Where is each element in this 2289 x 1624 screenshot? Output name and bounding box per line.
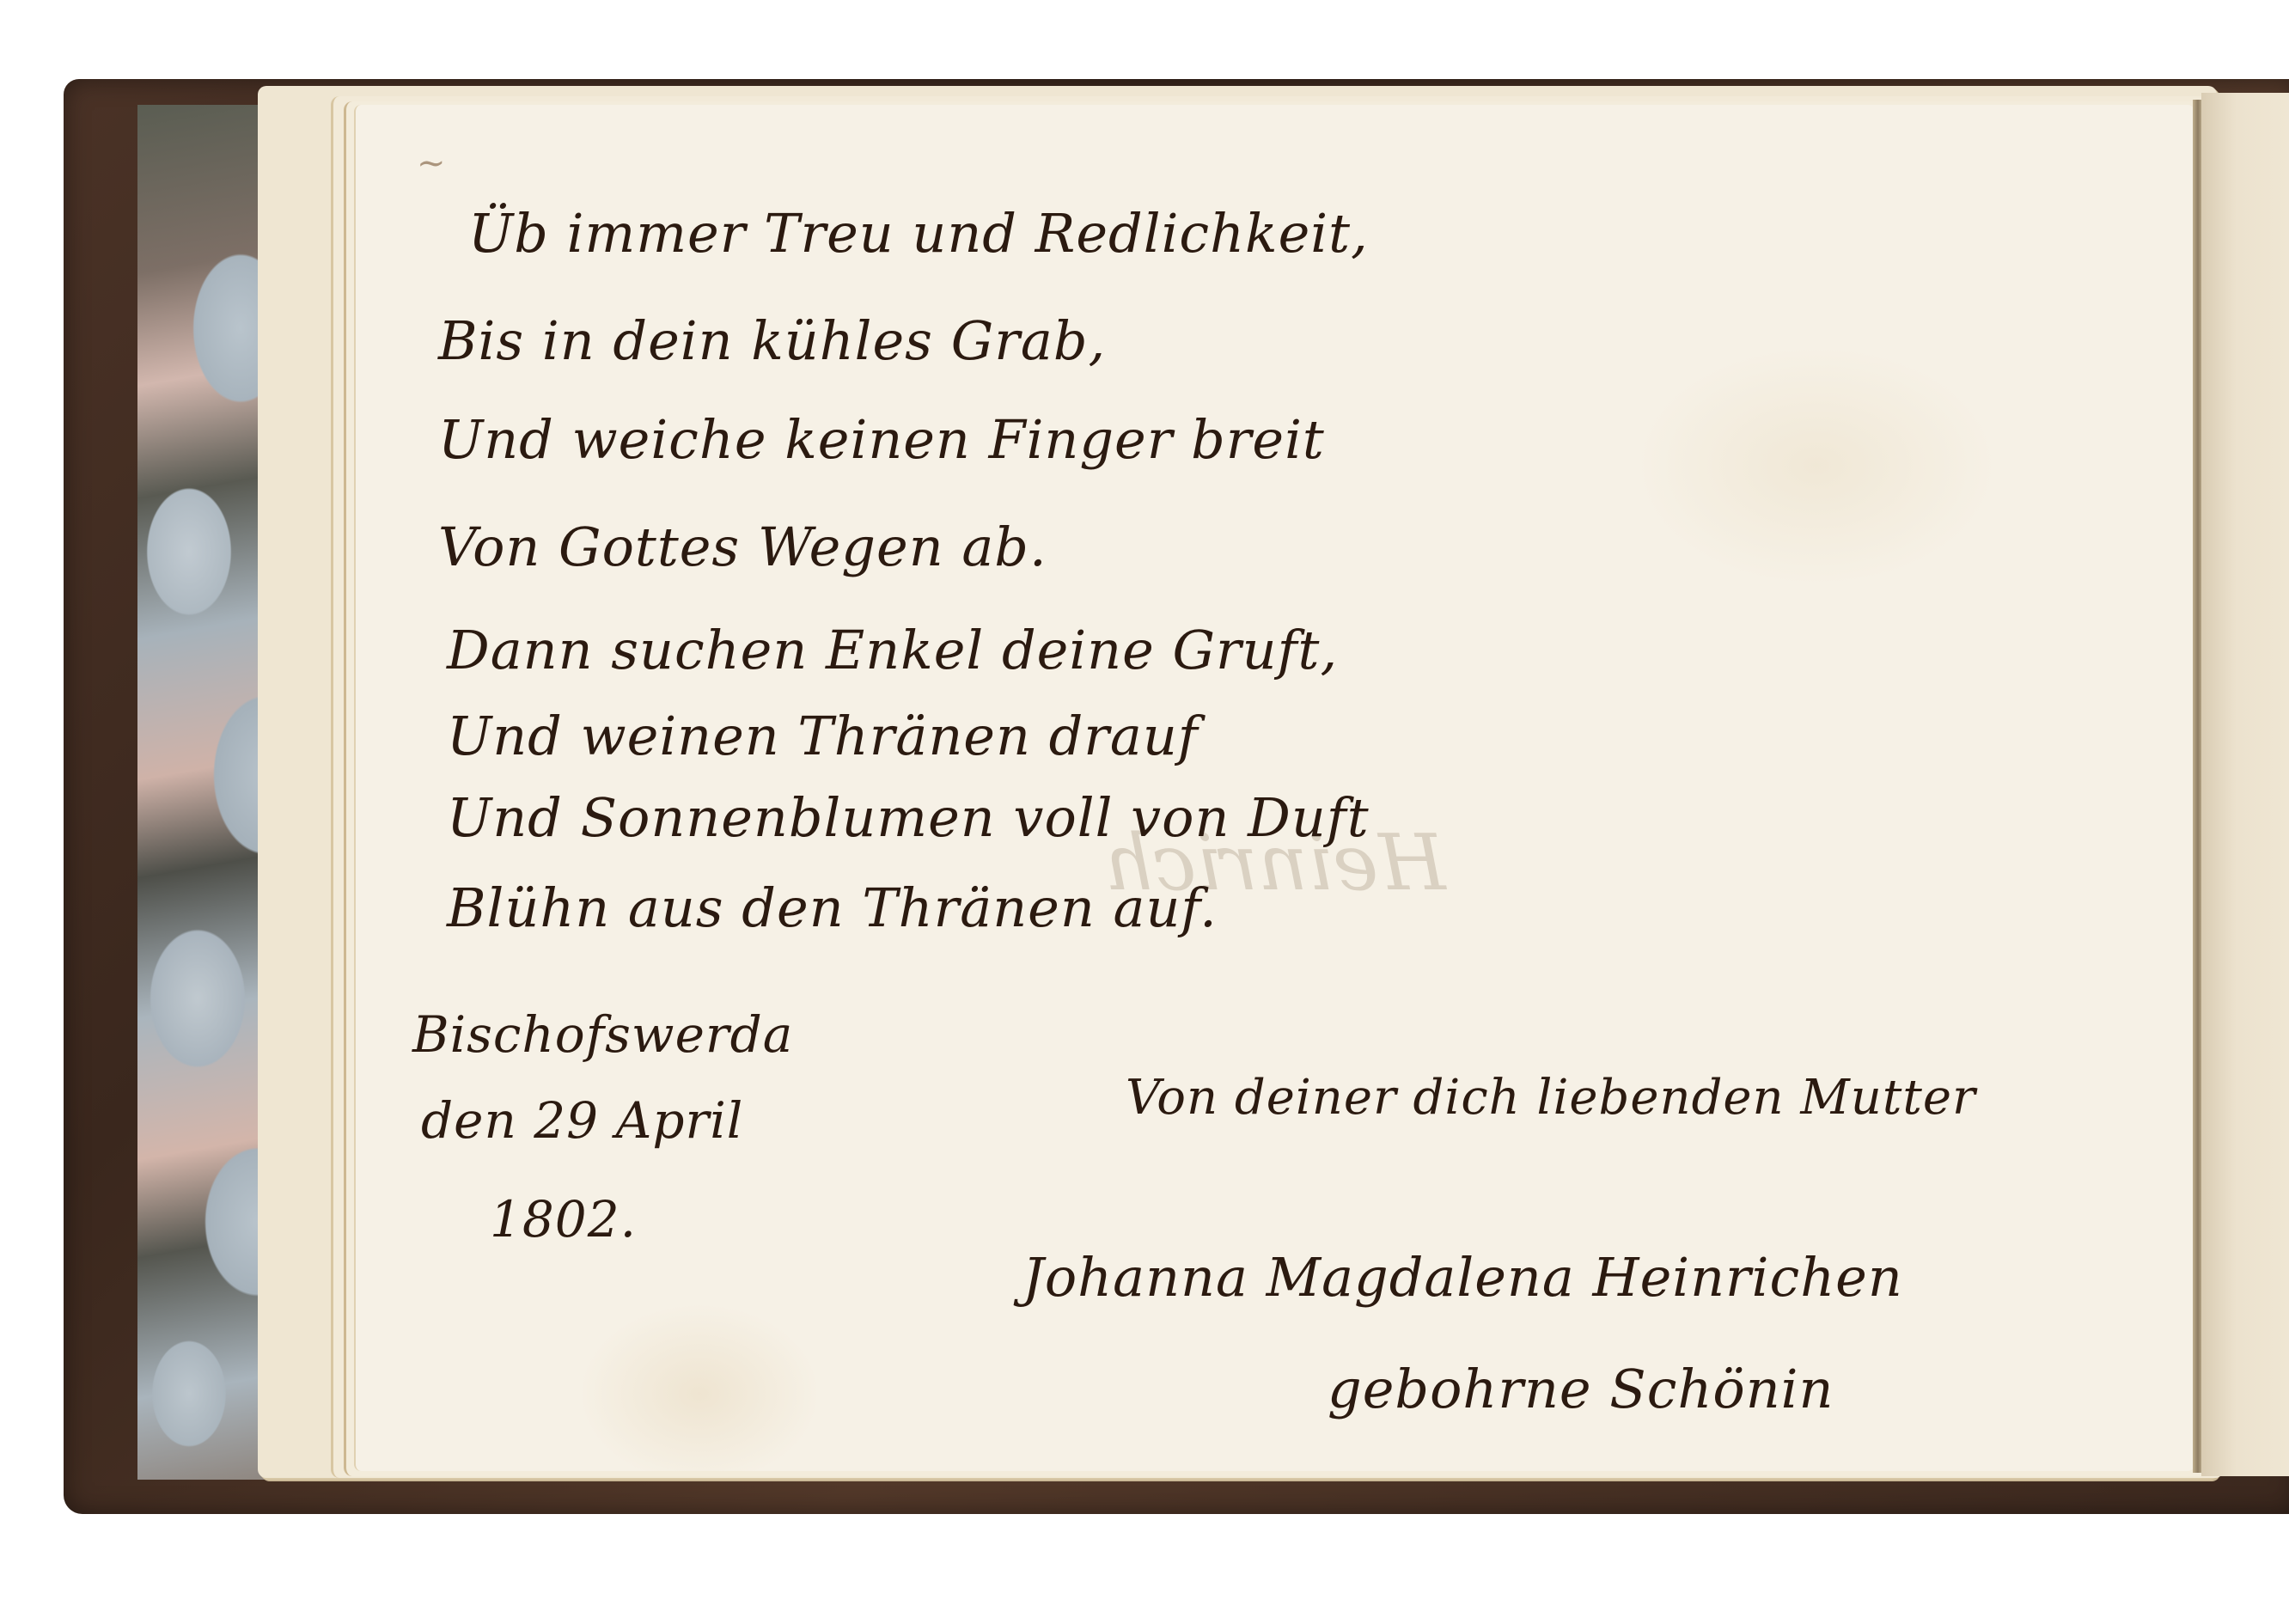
dedication: Von deiner dich liebenden Mutter bbox=[1126, 1070, 1976, 1126]
year: 1802. bbox=[490, 1190, 637, 1249]
poem-line-6: Und weinen Thränen drauf bbox=[447, 705, 1199, 767]
signature-name: Johanna Magdalena Heinrichen bbox=[1022, 1246, 1903, 1309]
poem-line-2: Bis in dein kühles Grab, bbox=[438, 309, 1106, 372]
poem-line-4: Von Gottes Wegen ab. bbox=[438, 516, 1047, 578]
ink-blot: ~ bbox=[417, 150, 511, 176]
poem-line-7: Und Sonnenblumen voll von Duft bbox=[447, 786, 1370, 849]
signature-birth-name: gebohrne Schönin bbox=[1328, 1358, 1834, 1420]
poem-line-5: Dann suchen Enkel deine Gruft, bbox=[447, 619, 1338, 681]
date: den 29 April bbox=[421, 1091, 743, 1150]
poem-line-8: Blühn aus den Thränen auf. bbox=[447, 876, 1218, 939]
facing-page bbox=[2201, 93, 2289, 1476]
poem-line-1: Üb immer Treu und Redlichkeit, bbox=[468, 202, 1369, 265]
place-name: Bischofswerda bbox=[412, 1005, 793, 1064]
poem-line-3: Und weiche keinen Finger breit bbox=[438, 408, 1325, 471]
